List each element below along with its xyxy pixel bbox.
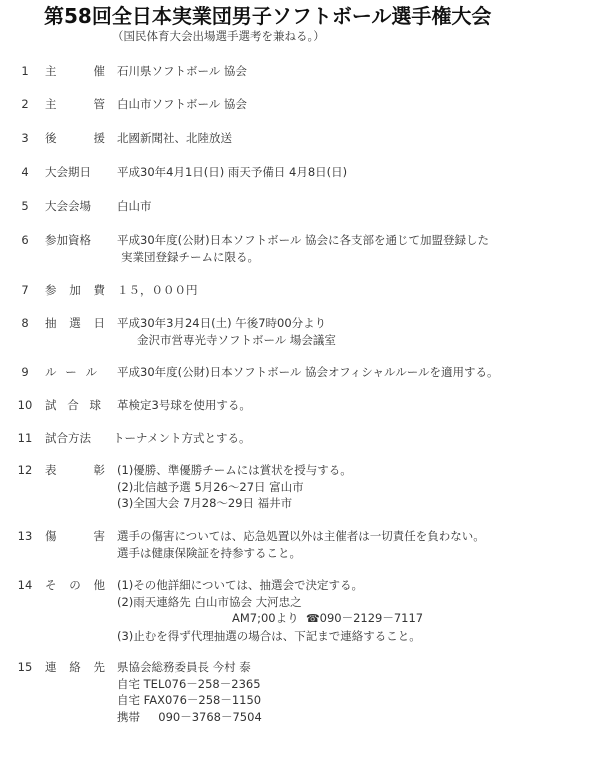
item-number: 9 <box>14 364 36 381</box>
item-label: 連絡先 <box>45 659 105 676</box>
phone-icon: ☎ <box>306 612 320 625</box>
item-label: その他 <box>45 577 105 594</box>
item-label: 参加資格 <box>45 232 105 249</box>
item-value: 県協会総務委員長 今村 泰 自宅 TEL076－258－2365 自宅 FAX0… <box>117 659 262 725</box>
item-value: 石川県ソフトボール 協会 <box>117 63 247 80</box>
item-label: 傷害 <box>45 528 105 545</box>
item-value: 平成30年3月24日(土) 午後7時00分より 金沢市営専光寺ソフトボール 場会… <box>117 315 336 348</box>
item-number: 10 <box>14 397 36 414</box>
item-label: 後援 <box>45 130 105 147</box>
item-label: ルール <box>45 364 97 381</box>
document-subtitle: （国民体育大会出場選手選考を兼ねる。） <box>112 28 325 44</box>
item-number: 7 <box>14 282 36 299</box>
item-label: 参加費 <box>45 282 105 299</box>
item-label: 抽選日 <box>45 315 105 332</box>
item-value: トーナメント方式とする。 <box>113 430 251 447</box>
document-title: 第58回全日本実業団男子ソフトボール選手権大会 <box>44 2 564 30</box>
item-number: 2 <box>14 96 36 113</box>
item-number: 4 <box>14 164 36 181</box>
item-number: 12 <box>14 462 36 479</box>
item-number: 15 <box>14 659 36 676</box>
item-value: 平成30年度(公財)日本ソフトボール 協会オフィシャルルールを適用する。 <box>117 364 499 381</box>
item-number: 6 <box>14 232 36 249</box>
item-value: 白山市ソフトボール 協会 <box>117 96 247 113</box>
item-label: 試合球 <box>45 397 101 414</box>
rain-contact-phone: 090－2129－7117 <box>320 611 423 625</box>
item-number: 8 <box>14 315 36 332</box>
item-number: 11 <box>14 430 36 447</box>
item-value: 平成30年4月1日(日) 雨天予備日 4月8日(日) <box>117 164 347 181</box>
item-label: 主管 <box>45 96 105 113</box>
item-number: 3 <box>14 130 36 147</box>
item-value: 革検定3号球を使用する。 <box>117 397 251 414</box>
item-number: 5 <box>14 198 36 215</box>
item-value: 選手の傷害については、応急処置以外は主催者は一切責任を負わない。 選手は健康保険… <box>117 528 485 561</box>
item-value: １５，０００円 <box>117 282 198 299</box>
item-value: 白山市 <box>117 198 152 215</box>
item-label: 大会期日 <box>45 164 105 181</box>
item-value: (1)優勝、準優勝チームには賞状を授与する。 (2)北信越予選 5月26〜27日… <box>117 462 352 512</box>
item-label: 主催 <box>45 63 105 80</box>
item-number: 1 <box>14 63 36 80</box>
item-label: 表彰 <box>45 462 105 479</box>
item-number: 14 <box>14 577 36 594</box>
item-value: 北國新聞社、北陸放送 <box>117 130 232 147</box>
item-number: 13 <box>14 528 36 545</box>
item-value: 平成30年度(公財)日本ソフトボール 協会に各支部を通じて加盟登録した 実業団登… <box>117 232 489 265</box>
item-label: 大会会場 <box>45 198 105 215</box>
item-label: 試合方法 <box>45 430 105 447</box>
item-value: (1)その他詳細については、抽選会で決定する。 (2)雨天連絡先 白山市協会 大… <box>117 577 423 644</box>
